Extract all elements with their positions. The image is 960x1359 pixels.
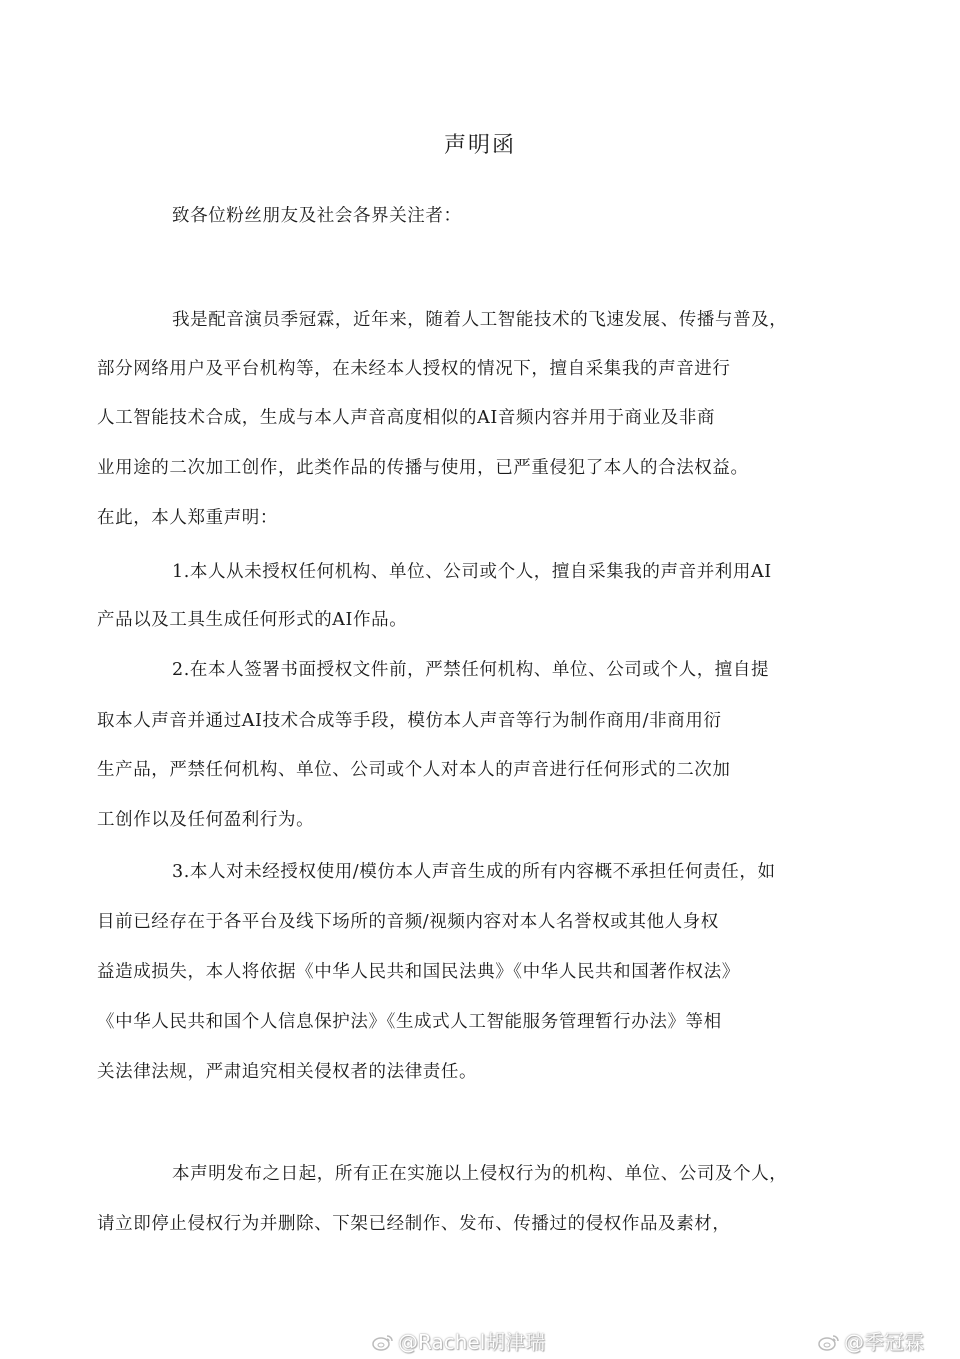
clause-2-line: 取本人声音并通过AI技术合成等手段，模仿本人声音等行为制作商用/非商用衍 — [97, 709, 867, 733]
clause-1-line: 产品以及工具生成任何形式的AI作品。 — [97, 608, 867, 632]
paragraph-line: 部分网络用户及平台机构等，在未经本人授权的情况下，擅自采集我的声音进行 — [97, 357, 867, 381]
weibo-logo-icon — [818, 1332, 840, 1350]
clause-3-line: 关法律法规，严肃追究相关侵权者的法律责任。 — [97, 1060, 867, 1084]
clause-2-line: 工创作以及任何盈利行为。 — [97, 808, 867, 832]
clause-3-line: 3.本人对未经授权使用/模仿本人声音生成的所有内容概不承担任何责任，如 — [172, 860, 867, 884]
paragraph-line: 业用途的二次加工创作，此类作品的传播与使用，已严重侵犯了本人的合法权益。 — [97, 456, 867, 480]
clause-1-line: 1.本人从未授权任何机构、单位、公司或个人，擅自采集我的声音并利用AI — [172, 560, 867, 584]
clause-2-line: 2.在本人签署书面授权文件前，严禁任何机构、单位、公司或个人，擅自提 — [172, 658, 867, 682]
watermark-left-text: @Rachel胡津瑞 — [398, 1330, 545, 1354]
paragraph-line: 我是配音演员季冠霖，近年来，随着人工智能技术的飞速发展、传播与普及， — [172, 308, 867, 332]
clause-3-line: 目前已经存在于各平台及线下场所的音频/视频内容对本人名誉权或其他人身权 — [97, 910, 867, 934]
weibo-logo-icon — [372, 1332, 394, 1350]
watermark-right-text: @季冠霖 — [844, 1330, 924, 1354]
document-title: 声明函 — [0, 128, 960, 159]
clause-2-line: 生产品，严禁任何机构、单位、公司或个人对本人的声音进行任何形式的二次加 — [97, 758, 867, 782]
watermark-left: @Rachel胡津瑞 — [372, 1326, 545, 1355]
closing-line: 本声明发布之日起，所有正在实施以上侵权行为的机构、单位、公司及个人， — [172, 1162, 867, 1186]
salutation: 致各位粉丝朋友及社会各界关注者： — [172, 204, 942, 228]
clause-3-line: 《中华人民共和国个人信息保护法》《生成式人工智能服务管理暂行办法》等相 — [97, 1010, 867, 1034]
closing-line: 请立即停止侵权行为并删除、下架已经制作、发布、传播过的侵权作品及素材， — [97, 1212, 867, 1236]
clause-3-line: 益造成损失，本人将依据《中华人民共和国民法典》《中华人民共和国著作权法》 — [97, 960, 867, 984]
paragraph-line: 人工智能技术合成，生成与本人声音高度相似的AI音频内容并用于商业及非商 — [97, 406, 867, 430]
paragraph-line: 在此，本人郑重声明： — [97, 506, 867, 530]
watermark-right: @季冠霖 — [818, 1326, 924, 1355]
